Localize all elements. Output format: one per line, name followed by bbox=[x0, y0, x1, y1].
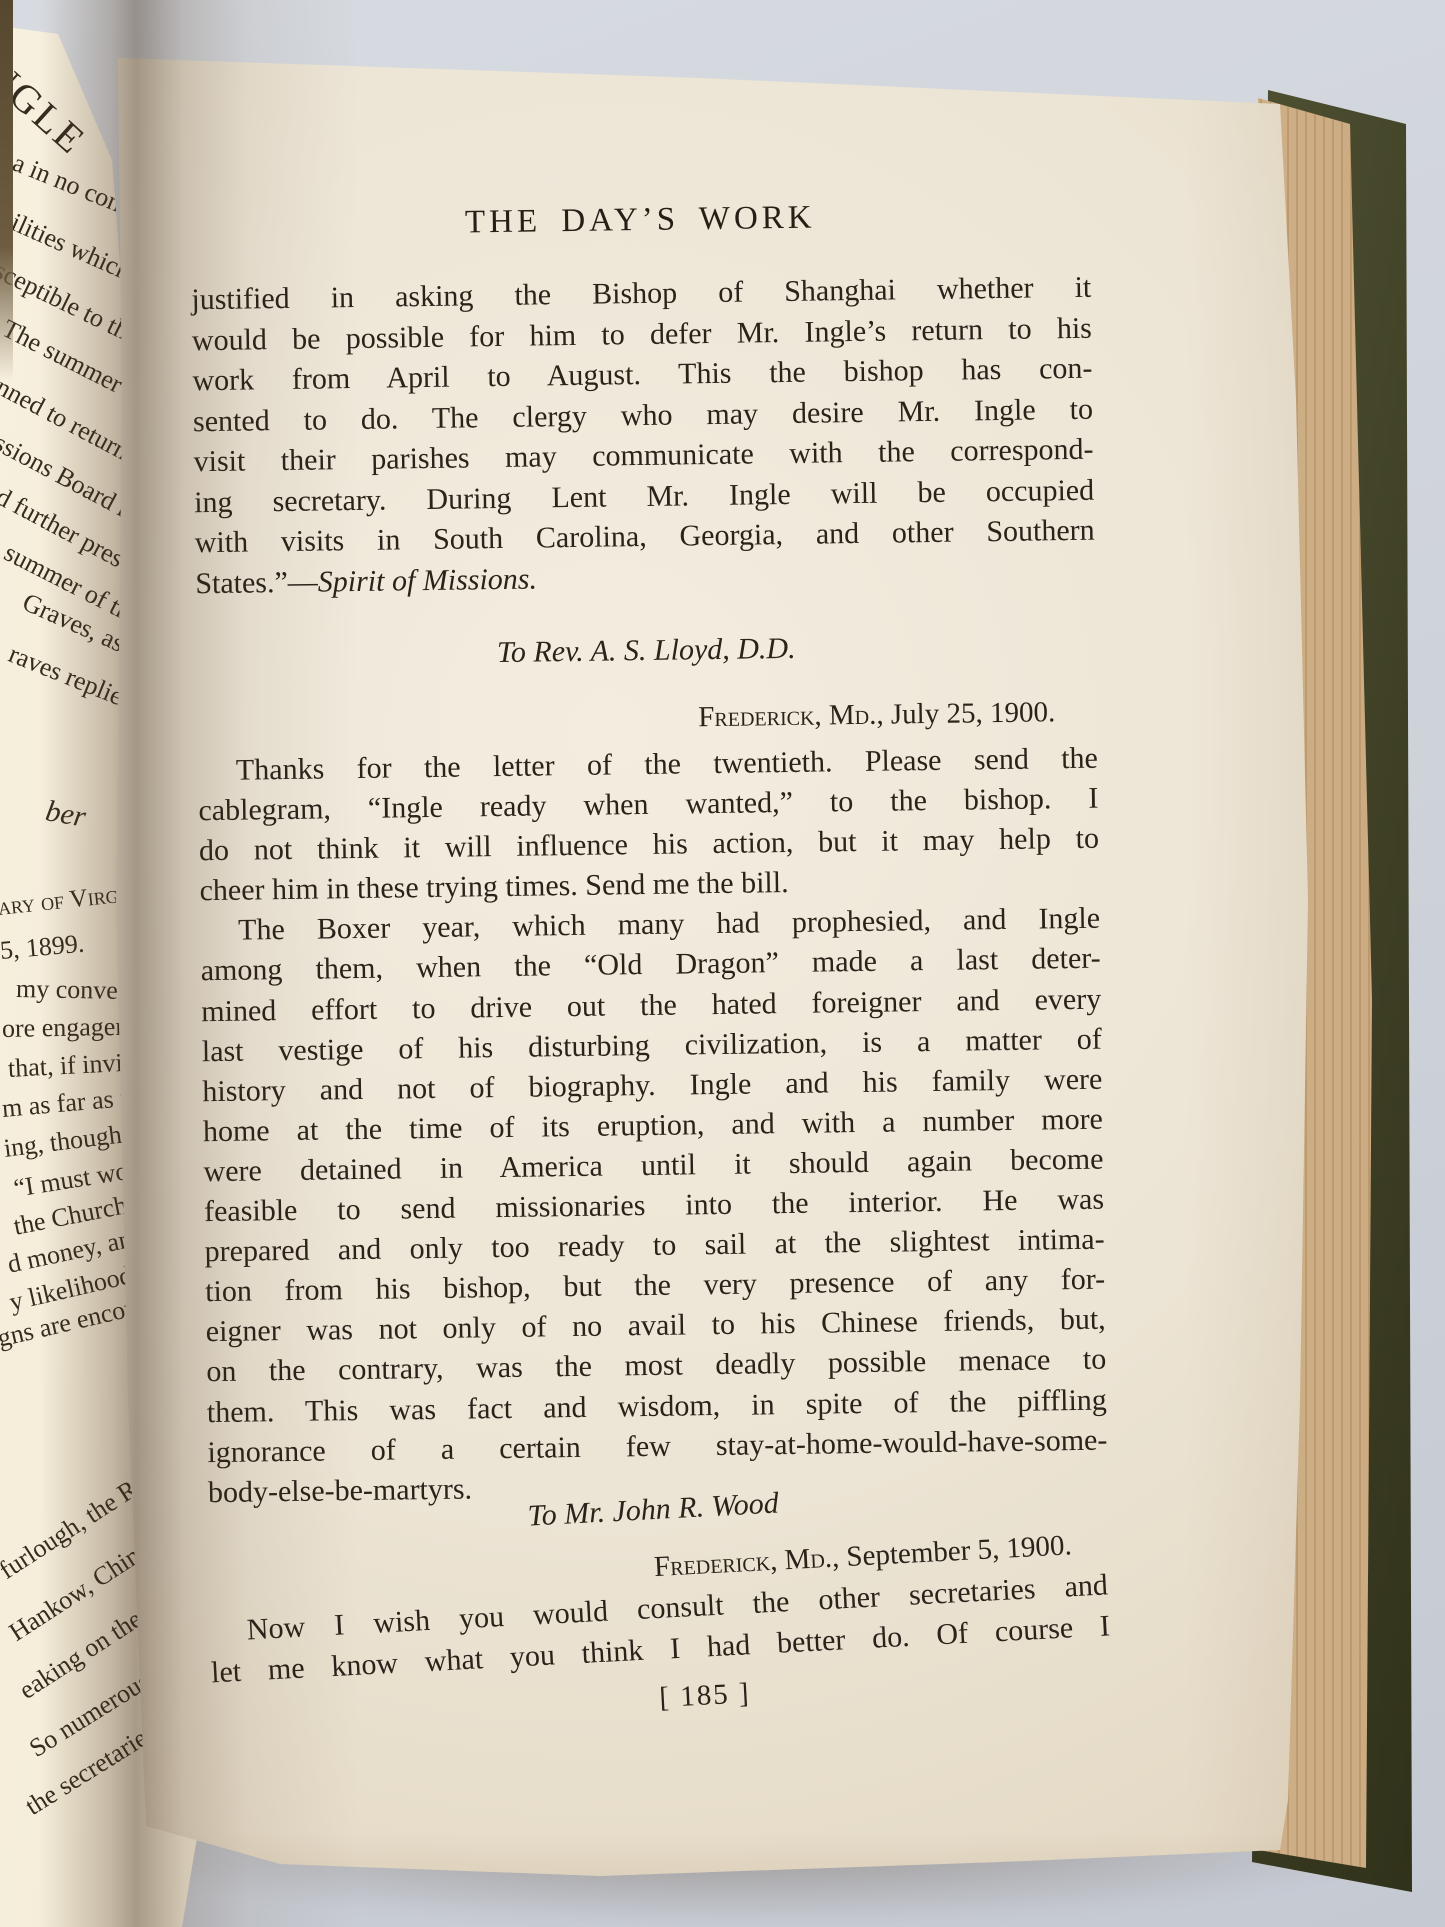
second-letter-group: To Mr. John R. Wood Frederick, Md., Sept… bbox=[134, 163, 1117, 1808]
right-page: THE DAY’S WORK justified in asking the B… bbox=[0, 0, 1445, 1927]
open-book-photo: NGLE na in no condition to ibilities whi… bbox=[0, 0, 1445, 1927]
dateline-place: Frederick, Md., bbox=[653, 1541, 840, 1583]
left-page-text-fragment: ber bbox=[43, 794, 88, 834]
text-block: THE DAY’S WORK justified in asking the B… bbox=[190, 194, 1112, 1806]
left-cover-sliver bbox=[0, 0, 13, 380]
dateline-date: September 5, 1900. bbox=[838, 1529, 1072, 1573]
left-page-text-fragment: 5, 1899. bbox=[0, 929, 85, 966]
